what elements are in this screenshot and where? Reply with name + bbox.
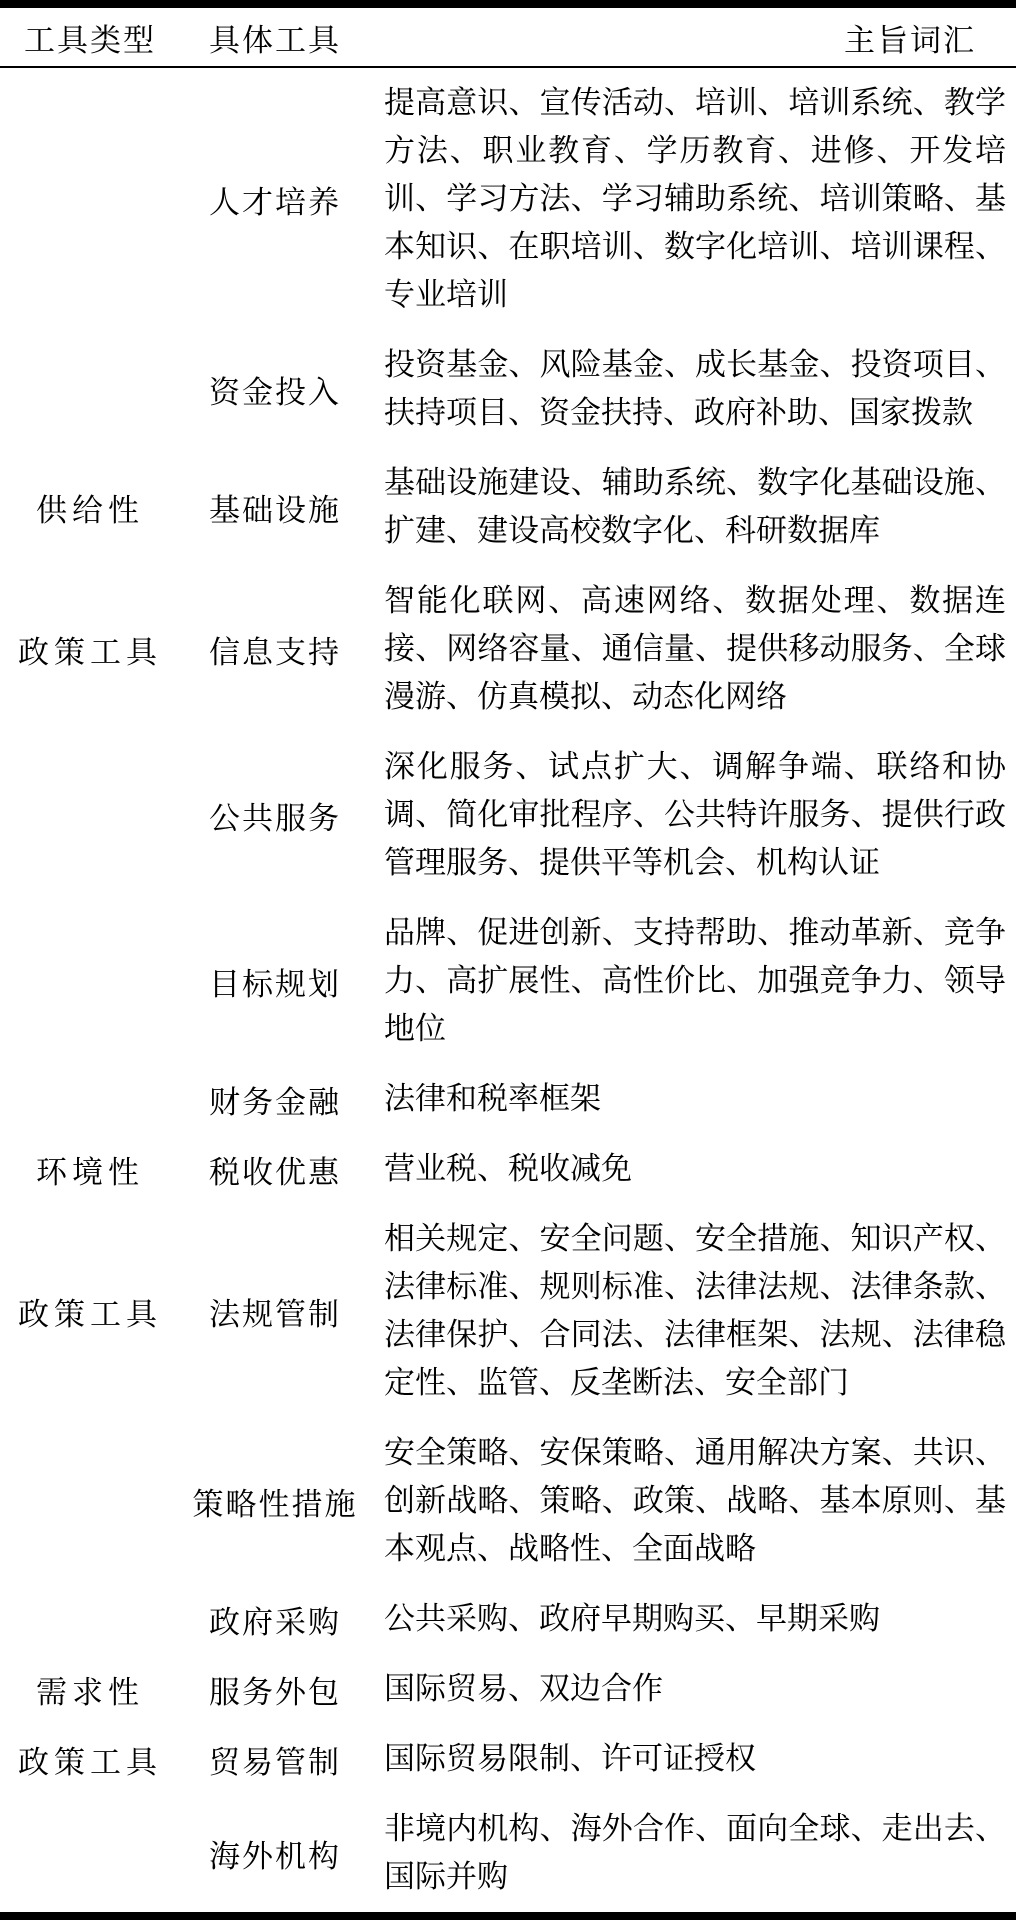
header-specific-tool: 具体工具 bbox=[180, 4, 370, 67]
tool-cell: 信息支持 bbox=[180, 566, 370, 732]
table-row: 政府采购 公共采购、政府早期购买、早期采购 bbox=[0, 1584, 1016, 1654]
category-cell: 政策工具 bbox=[0, 1724, 180, 1794]
keywords-cell: 提高意识、宣传活动、培训、培训系统、教学方法、职业教育、学历教育、进修、开发培训… bbox=[370, 67, 1016, 330]
table-row: 供给性 基础设施 基础设施建设、辅助系统、数字化基础设施、扩建、建设高校数字化、… bbox=[0, 448, 1016, 566]
table-row: 政策工具 法规管制 相关规定、安全问题、安全措施、知识产权、法律标准、规则标准、… bbox=[0, 1204, 1016, 1418]
tool-cell: 人才培养 bbox=[180, 67, 370, 330]
category-cell: 政策工具 bbox=[0, 1204, 180, 1418]
tool-cell: 公共服务 bbox=[180, 732, 370, 898]
table-row: 资金投入 投资基金、风险基金、成长基金、投资项目、扶持项目、资金扶持、政府补助、… bbox=[0, 330, 1016, 448]
tool-cell: 法规管制 bbox=[180, 1204, 370, 1418]
header-tool-type: 工具类型 bbox=[0, 4, 180, 67]
category-cell bbox=[0, 330, 180, 448]
category-cell bbox=[0, 67, 180, 330]
keywords-cell: 国际贸易限制、许可证授权 bbox=[370, 1724, 1016, 1794]
keywords-cell: 投资基金、风险基金、成长基金、投资项目、扶持项目、资金扶持、政府补助、国家拨款 bbox=[370, 330, 1016, 448]
tool-cell: 海外机构 bbox=[180, 1794, 370, 1916]
category-cell bbox=[0, 1418, 180, 1584]
tool-cell: 资金投入 bbox=[180, 330, 370, 448]
table-row: 财务金融 法律和税率框架 bbox=[0, 1064, 1016, 1134]
tool-cell: 税收优惠 bbox=[180, 1134, 370, 1204]
tool-cell: 贸易管制 bbox=[180, 1724, 370, 1794]
category-cell bbox=[0, 898, 180, 1064]
keywords-cell: 安全策略、安保策略、通用解决方案、共识、创新战略、策略、政策、战略、基本原则、基… bbox=[370, 1418, 1016, 1584]
category-cell bbox=[0, 732, 180, 898]
category-cell bbox=[0, 1794, 180, 1916]
keywords-cell: 基础设施建设、辅助系统、数字化基础设施、扩建、建设高校数字化、科研数据库 bbox=[370, 448, 1016, 566]
table-row: 目标规划 品牌、促进创新、支持帮助、推动革新、竞争力、高扩展性、高性价比、加强竞… bbox=[0, 898, 1016, 1064]
category-cell: 环境性 bbox=[0, 1134, 180, 1204]
keywords-cell: 法律和税率框架 bbox=[370, 1064, 1016, 1134]
category-cell bbox=[0, 1064, 180, 1134]
tool-cell: 财务金融 bbox=[180, 1064, 370, 1134]
table-body: 人才培养 提高意识、宣传活动、培训、培训系统、教学方法、职业教育、学历教育、进修… bbox=[0, 67, 1016, 1916]
keywords-cell: 非境内机构、海外合作、面向全球、走出去、国际并购 bbox=[370, 1794, 1016, 1916]
keywords-cell: 公共采购、政府早期购买、早期采购 bbox=[370, 1584, 1016, 1654]
tool-cell: 策略性措施 bbox=[180, 1418, 370, 1584]
policy-tools-table: 工具类型 具体工具 主旨词汇 人才培养 提高意识、宣传活动、培训、培训系统、教学… bbox=[0, 0, 1016, 1920]
table-row: 需求性 服务外包 国际贸易、双边合作 bbox=[0, 1654, 1016, 1724]
header-row: 工具类型 具体工具 主旨词汇 bbox=[0, 4, 1016, 67]
category-cell: 需求性 bbox=[0, 1654, 180, 1724]
header-keywords: 主旨词汇 bbox=[370, 4, 1016, 67]
table-row: 策略性措施 安全策略、安保策略、通用解决方案、共识、创新战略、策略、政策、战略、… bbox=[0, 1418, 1016, 1584]
category-cell: 供给性 bbox=[0, 448, 180, 566]
table-row: 政策工具 贸易管制 国际贸易限制、许可证授权 bbox=[0, 1724, 1016, 1794]
table-row: 人才培养 提高意识、宣传活动、培训、培训系统、教学方法、职业教育、学历教育、进修… bbox=[0, 67, 1016, 330]
keywords-cell: 深化服务、试点扩大、调解争端、联络和协调、简化审批程序、公共特许服务、提供行政管… bbox=[370, 732, 1016, 898]
table-row: 海外机构 非境内机构、海外合作、面向全球、走出去、国际并购 bbox=[0, 1794, 1016, 1916]
category-cell bbox=[0, 1584, 180, 1654]
keywords-cell: 品牌、促进创新、支持帮助、推动革新、竞争力、高扩展性、高性价比、加强竞争力、领导… bbox=[370, 898, 1016, 1064]
table-header: 工具类型 具体工具 主旨词汇 bbox=[0, 4, 1016, 67]
table-row: 公共服务 深化服务、试点扩大、调解争端、联络和协调、简化审批程序、公共特许服务、… bbox=[0, 732, 1016, 898]
tool-cell: 服务外包 bbox=[180, 1654, 370, 1724]
keywords-cell: 营业税、税收减免 bbox=[370, 1134, 1016, 1204]
keywords-cell: 相关规定、安全问题、安全措施、知识产权、法律标准、规则标准、法律法规、法律条款、… bbox=[370, 1204, 1016, 1418]
table-row: 环境性 税收优惠 营业税、税收减免 bbox=[0, 1134, 1016, 1204]
table-row: 政策工具 信息支持 智能化联网、高速网络、数据处理、数据连接、网络容量、通信量、… bbox=[0, 566, 1016, 732]
tool-cell: 政府采购 bbox=[180, 1584, 370, 1654]
category-cell: 政策工具 bbox=[0, 566, 180, 732]
keywords-cell: 国际贸易、双边合作 bbox=[370, 1654, 1016, 1724]
keywords-cell: 智能化联网、高速网络、数据处理、数据连接、网络容量、通信量、提供移动服务、全球漫… bbox=[370, 566, 1016, 732]
tool-cell: 基础设施 bbox=[180, 448, 370, 566]
tool-cell: 目标规划 bbox=[180, 898, 370, 1064]
